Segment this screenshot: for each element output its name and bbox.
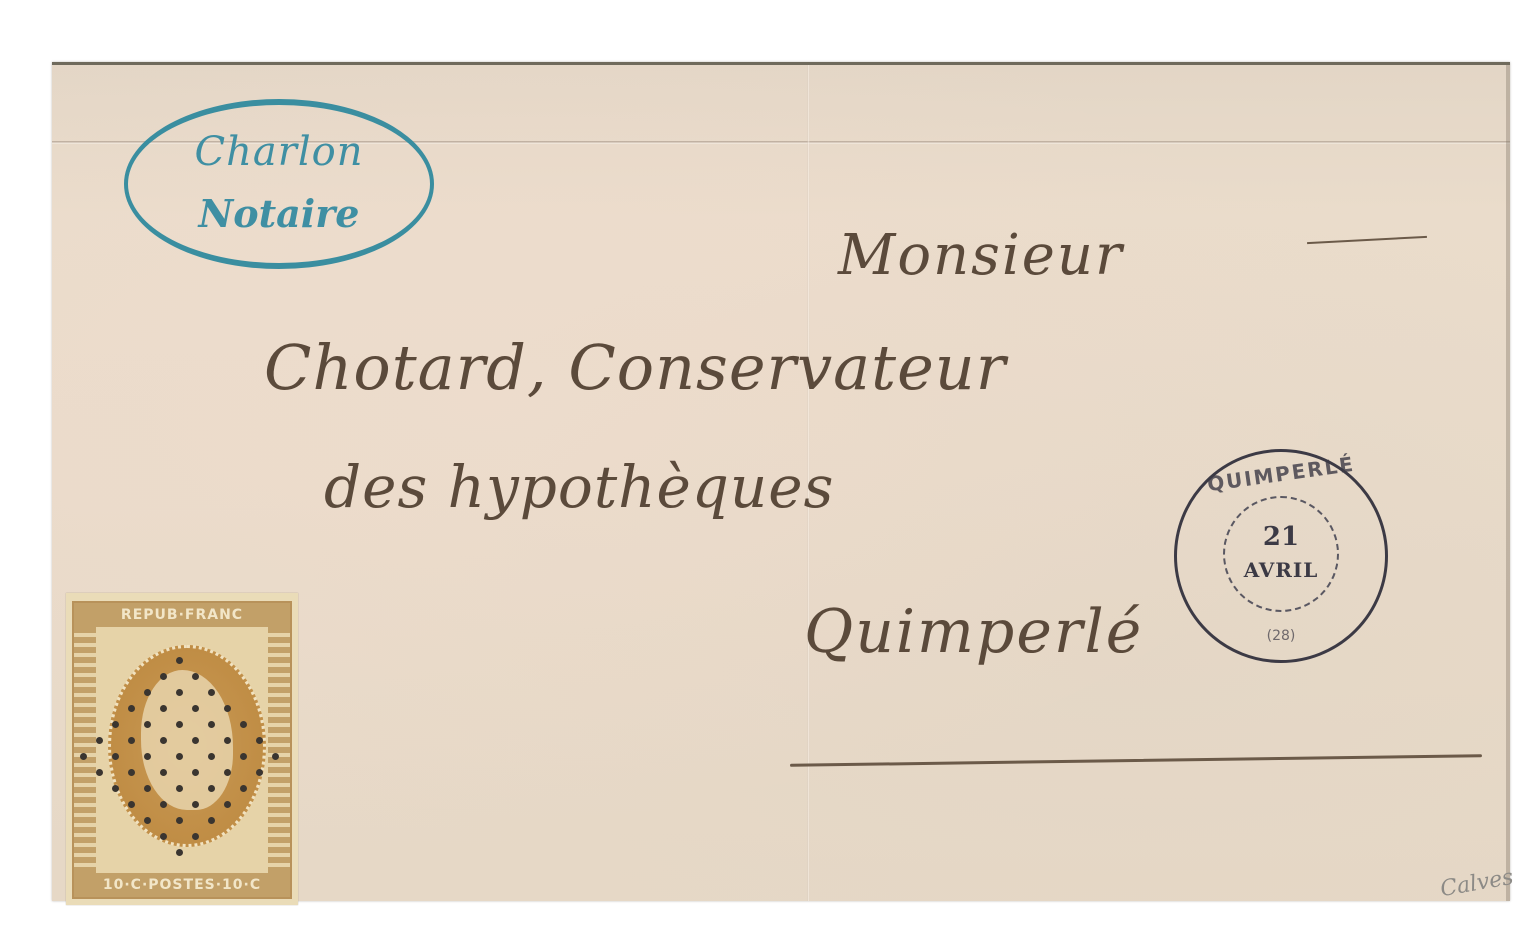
cancel-dot — [192, 833, 199, 840]
cancel-dot — [192, 705, 199, 712]
cancel-dot — [208, 753, 215, 760]
stamp-right-border — [268, 627, 290, 873]
cancel-dot — [176, 657, 183, 664]
cancel-dot — [176, 785, 183, 792]
cancel-dot — [144, 785, 151, 792]
address-line-name: Chotard, Conservateur — [264, 331, 1006, 404]
cancel-dot — [192, 769, 199, 776]
cancel-dot — [112, 721, 119, 728]
address-line-town: Quimperlé — [804, 597, 1143, 667]
cancel-dot — [144, 753, 151, 760]
cancel-dot — [160, 801, 167, 808]
cancel-dot — [176, 689, 183, 696]
cancel-dot — [144, 689, 151, 696]
cancel-dot — [208, 689, 215, 696]
cancel-dot — [176, 721, 183, 728]
cancel-dot — [160, 833, 167, 840]
cancel-dot — [224, 705, 231, 712]
circular-datestamp: QUIMPERLÉ 21 AVRIL (28) — [1174, 449, 1388, 663]
stamp-top-inscription: REPUB·FRANC — [74, 603, 290, 627]
cancel-dot — [256, 769, 263, 776]
stamp-left-border — [74, 627, 96, 873]
postal-cover: Charlon Notaire Monsieur Chotard, Conser… — [52, 62, 1510, 901]
cancel-dot — [128, 801, 135, 808]
cancel-dot — [112, 753, 119, 760]
cancel-dot — [80, 753, 87, 760]
cancel-dot — [176, 753, 183, 760]
cancel-dot — [224, 737, 231, 744]
cancel-dot — [208, 785, 215, 792]
cancel-dot — [144, 721, 151, 728]
cancel-dot — [192, 737, 199, 744]
cancel-dot — [96, 769, 103, 776]
address-underline — [790, 754, 1482, 767]
cancel-dot — [112, 785, 119, 792]
cancel-dot — [160, 705, 167, 712]
cancel-dot — [160, 769, 167, 776]
stamp-bottom-inscription: 10·C·POSTES·10·C — [74, 873, 290, 897]
cancel-dot — [192, 801, 199, 808]
postage-stamp: REPUB·FRANC 10·C·POSTES·10·C — [66, 593, 298, 905]
cancel-dot — [160, 737, 167, 744]
cancel-dot — [208, 721, 215, 728]
notary-title: Notaire — [128, 191, 430, 236]
cancel-dot — [240, 721, 247, 728]
cancel-dot — [128, 705, 135, 712]
notary-oval-stamp: Charlon Notaire — [124, 99, 434, 269]
cancel-dot — [128, 737, 135, 744]
portrait-head-icon — [141, 670, 233, 810]
cover-right-edge — [1506, 65, 1510, 901]
cancel-dot — [240, 753, 247, 760]
cancel-dot — [128, 769, 135, 776]
postmark-day: 21 — [1177, 522, 1385, 552]
address-line-salutation: Monsieur — [838, 223, 1124, 288]
postmark-month: AVRIL — [1177, 558, 1385, 582]
cancel-dot — [96, 737, 103, 744]
postmark-department: (28) — [1177, 628, 1385, 644]
notary-name: Charlon — [128, 129, 430, 175]
flourish-stroke — [1307, 236, 1427, 244]
cancel-dot — [224, 801, 231, 808]
cancel-dot — [176, 849, 183, 856]
expert-pencil-signature: Calves — [1438, 865, 1515, 902]
cancel-dot — [192, 673, 199, 680]
cancel-dot — [208, 817, 215, 824]
cancel-dot — [256, 737, 263, 744]
cancel-dot — [160, 673, 167, 680]
cancel-dot — [272, 753, 279, 760]
datestamp-inner-ring — [1223, 496, 1339, 612]
postmark-town: QUIMPERLÉ — [1176, 448, 1385, 501]
cancel-dot — [240, 785, 247, 792]
stamp-portrait-medallion — [108, 645, 266, 847]
cancel-dot — [176, 817, 183, 824]
cancel-dot — [224, 769, 231, 776]
cancel-dot — [144, 817, 151, 824]
address-line-office: des hypothèques — [324, 453, 834, 521]
